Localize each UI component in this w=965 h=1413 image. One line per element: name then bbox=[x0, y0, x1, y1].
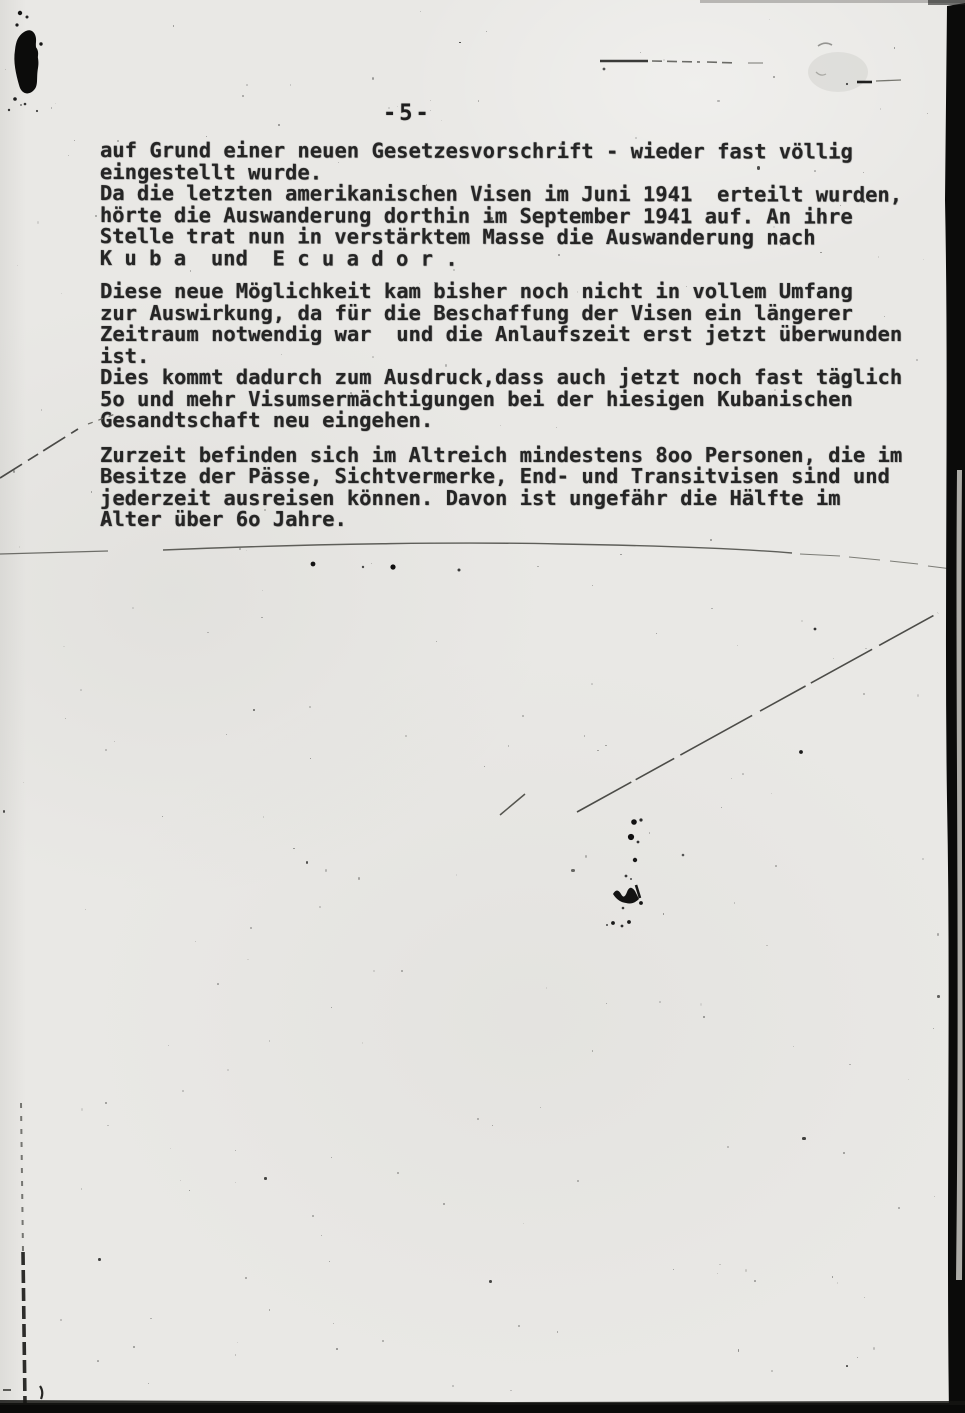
scanned-page: -5- auf Grund einer neuen Gesetzesvorsch… bbox=[0, 0, 965, 1413]
typewritten-text-block: auf Grund einer neuen Gesetzesvorschrift… bbox=[100, 140, 940, 531]
ink-spots-cluster bbox=[606, 628, 816, 928]
bottom-scan-edge-band bbox=[0, 1400, 965, 1413]
ink-blob-top-left bbox=[8, 11, 43, 112]
paragraph-3: Zurzeit befinden sich im Altreich mindes… bbox=[100, 445, 940, 531]
small-dashes-top-right bbox=[846, 80, 901, 85]
fold-line-dots bbox=[311, 562, 396, 570]
top-scan-edge-mark bbox=[700, 0, 965, 5]
paragraph-1: auf Grund einer neuen Gesetzesvorschrift… bbox=[100, 140, 940, 271]
page-number: -5- bbox=[383, 101, 432, 126]
pencil-smudge-top-right bbox=[808, 43, 868, 92]
fold-crease-line bbox=[0, 543, 952, 569]
dashed-line-top-right bbox=[600, 61, 763, 70]
right-scan-edge-band bbox=[945, 3, 965, 1413]
left-edge-perforation-line bbox=[3, 1103, 42, 1404]
paragraph-2: Diese neue Möglichkeit kam bisher noch n… bbox=[100, 281, 940, 432]
long-diagonal-scratch bbox=[500, 613, 938, 815]
